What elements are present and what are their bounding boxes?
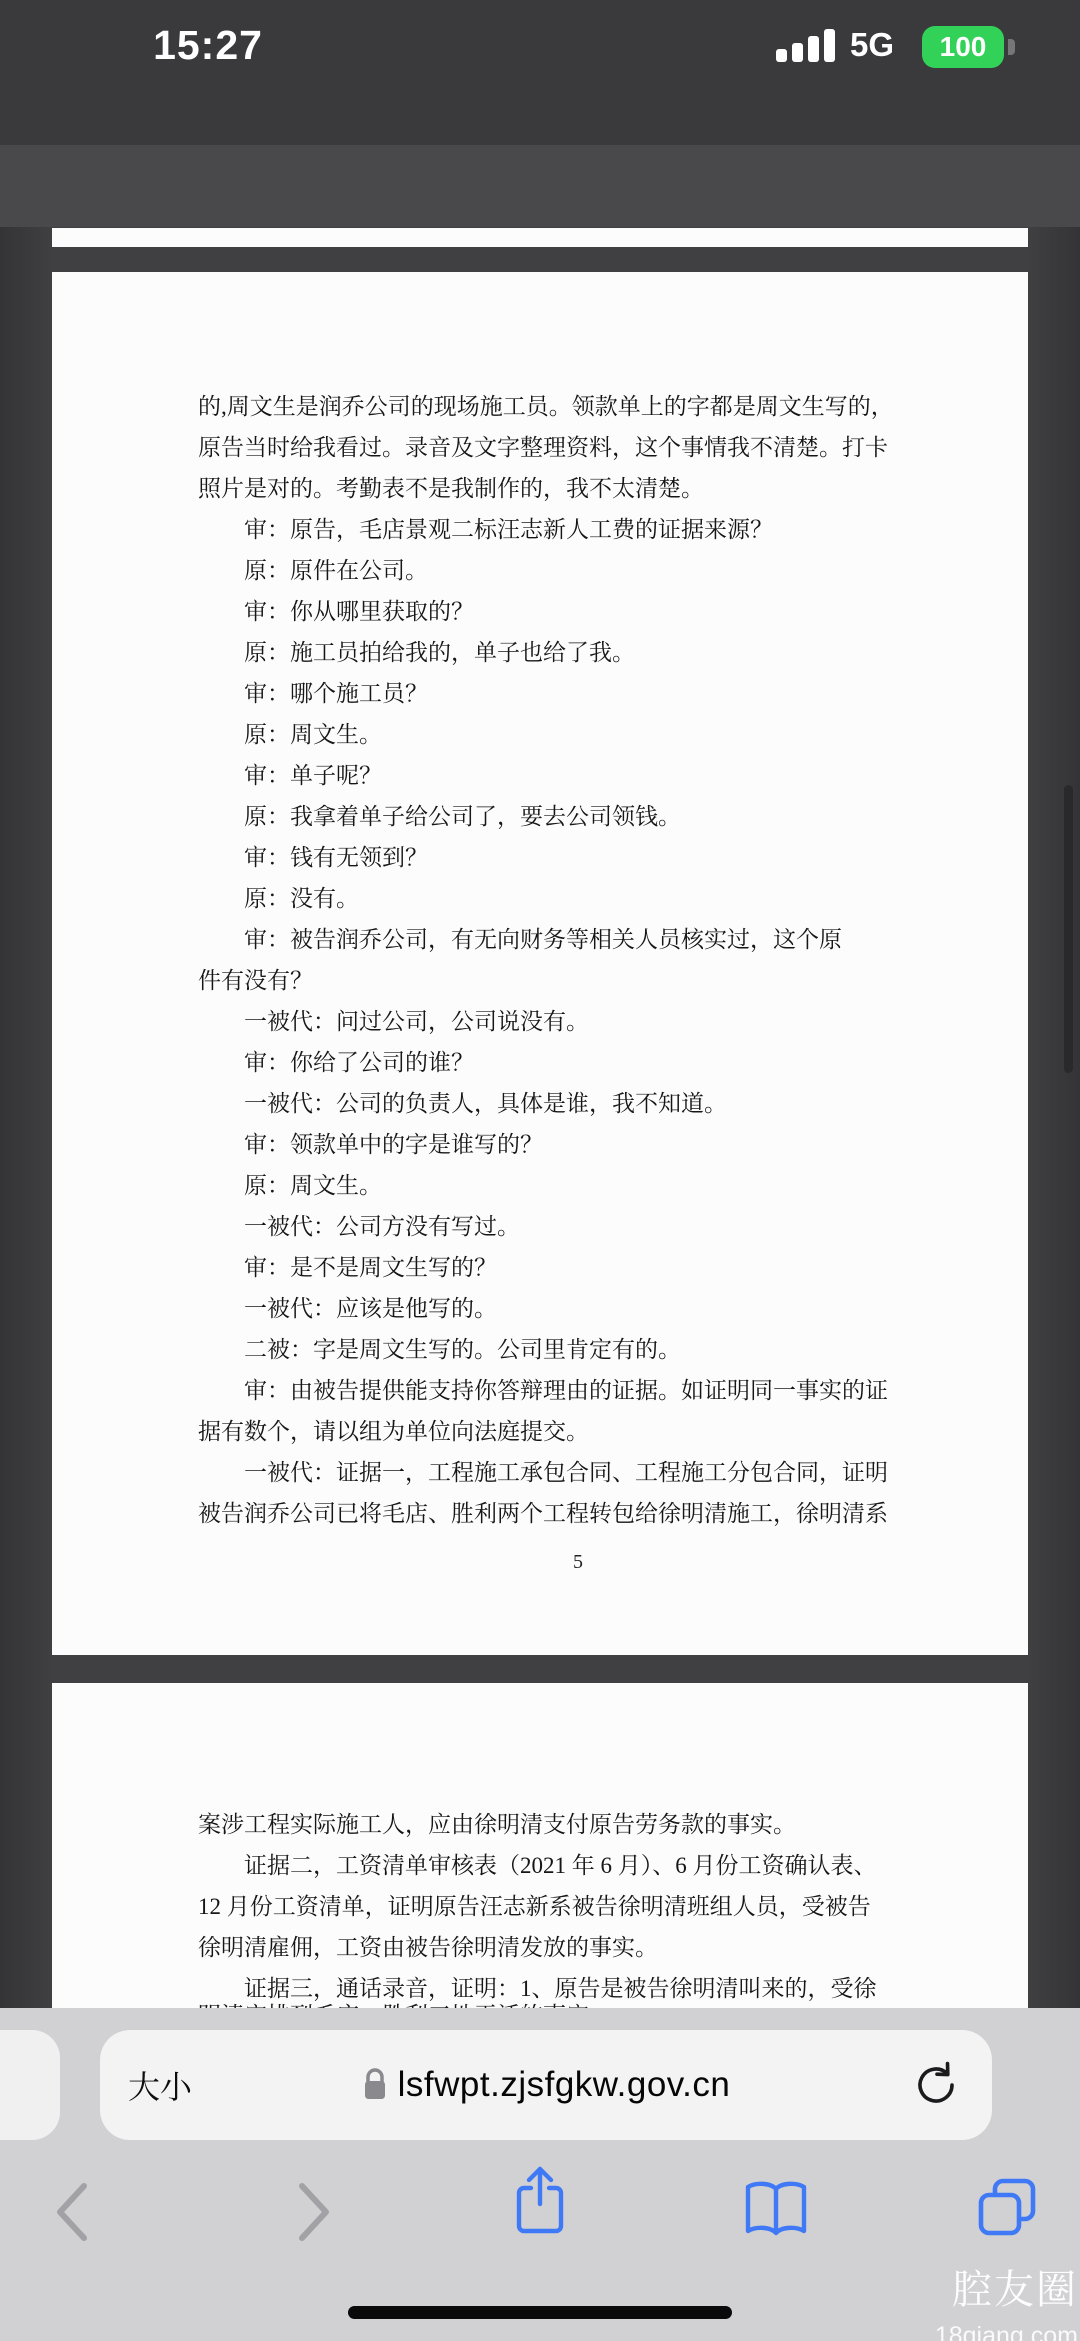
status-bar: 15:27 5G 100 — [0, 0, 1080, 145]
text-line: 审：你给了公司的谁？ — [198, 1042, 958, 1083]
text-line: 原：周文生。 — [198, 714, 958, 755]
share-icon[interactable] — [514, 2164, 566, 2238]
text-line: 原：我拿着单子给公司了，要去公司领钱。 — [198, 796, 958, 837]
back-icon[interactable] — [52, 2180, 92, 2244]
page-number: 5 — [198, 1551, 958, 1574]
forward-icon[interactable] — [294, 2180, 334, 2244]
text-line: 照片是对的。考勤表不是我制作的，我不太清楚。 — [198, 468, 958, 509]
text-line: 一被代：公司方没有写过。 — [198, 1206, 958, 1247]
text-line: 审：你从哪里获取的？ — [198, 591, 958, 632]
text-line: 原告当时给我看过。录音及文字整理资料，这个事情我不清楚。打卡 — [198, 427, 958, 468]
page-6-text: 案涉工程实际施工人，应由徐明清支付原告劳务款的事实。证据二，工资清单审核表（20… — [198, 1804, 958, 2008]
text-line: 原：原件在公司。 — [198, 550, 958, 591]
text-line: 一被代：应该是他写的。 — [198, 1288, 958, 1329]
pdf-page-5: 的,周文生是润乔公司的现场施工员。领款单上的字都是周文生写的，原告当时给我看过。… — [52, 272, 1028, 1655]
text-line: 被告润乔公司已将毛店、胜利两个工程转包给徐明清施工，徐明清系 — [198, 1493, 958, 1534]
cellular-signal-icon — [776, 28, 838, 62]
scroll-indicator[interactable] — [1064, 785, 1073, 1073]
tabs-icon[interactable] — [976, 2176, 1038, 2238]
text-line: 一被代：公司的负责人，具体是谁，我不知道。 — [198, 1083, 958, 1124]
text-line: 审：哪个施工员？ — [198, 673, 958, 714]
text-line: 审：原告，毛店景观二标汪志新人工费的证据来源？ — [198, 509, 958, 550]
text-line: 审：钱有无领到？ — [198, 837, 958, 878]
pdf-viewport[interactable]: 的,周文生是润乔公司的现场施工员。领款单上的字都是周文生写的，原告当时给我看过。… — [0, 227, 1080, 2008]
battery-nub — [1008, 39, 1015, 55]
url-text: lsfwpt.zjsfgkw.gov.cn — [398, 2065, 731, 2105]
text-line: 原：施工员拍给我的，单子也给了我。 — [198, 632, 958, 673]
text-line: 审：由被告提供能支持你答辩理由的证据。如证明同一事实的证 — [198, 1370, 958, 1411]
browser-bottom-bar: 大小 lsfwpt.zjsfgkw.gov.cn — [0, 2008, 1080, 2341]
pdf-page-6: 案涉工程实际施工人，应由徐明清支付原告劳务款的事实。证据二，工资清单审核表（20… — [52, 1683, 1028, 2008]
text-line: 证据二，工资清单审核表（2021 年 6 月）、6 月份工资确认表、 — [198, 1845, 958, 1886]
lock-icon — [362, 2067, 388, 2103]
text-line: 审：领款单中的字是谁写的？ — [198, 1124, 958, 1165]
text-line: 一被代：证据一，工程施工承包合同、工程施工分包合同，证明 — [198, 1452, 958, 1493]
text-line: 审：单子呢？ — [198, 755, 958, 796]
clock: 15:27 — [138, 22, 278, 69]
text-line: 审：是不是周文生写的？ — [198, 1247, 958, 1288]
reload-icon[interactable] — [912, 2060, 962, 2110]
previous-tab-pill[interactable] — [0, 2030, 60, 2140]
watermark-site: 18qiang.com — [935, 2324, 1078, 2341]
text-line: 据有数个，请以组为单位向法庭提交。 — [198, 1411, 958, 1452]
text-line: 原：周文生。 — [198, 1165, 958, 1206]
url-bar[interactable]: 大小 lsfwpt.zjsfgkw.gov.cn — [100, 2030, 992, 2140]
watermark-title: 腔友圈 — [935, 2270, 1078, 2310]
text-line: 二被：字是周文生写的。公司里肯定有的。 — [198, 1329, 958, 1370]
text-line: 审：被告润乔公司，有无向财务等相关人员核实过，这个原 — [198, 919, 958, 960]
battery-icon: 100 — [922, 26, 1004, 68]
text-line: 12 月份工资清单，证明原告汪志新系被告徐明清班组人员，受被告 — [198, 1886, 958, 1927]
bookmarks-icon[interactable] — [742, 2178, 810, 2240]
home-indicator[interactable] — [348, 2306, 732, 2319]
text-line: 一被代：问过公司，公司说没有。 — [198, 1001, 958, 1042]
text-line: 件有没有？ — [198, 960, 958, 1001]
text-line: 徐明清雇佣，工资由被告徐明清发放的事实。 — [198, 1927, 958, 1968]
network-type-label: 5G — [850, 26, 894, 64]
page-5-text: 的,周文生是润乔公司的现场施工员。领款单上的字都是周文生写的，原告当时给我看过。… — [198, 386, 958, 1534]
text-line: 原：没有。 — [198, 878, 958, 919]
collapsed-browser-chrome[interactable] — [0, 145, 1080, 229]
text-line: 案涉工程实际施工人，应由徐明清支付原告劳务款的事实。 — [198, 1804, 958, 1845]
text-line: 的,周文生是润乔公司的现场施工员。领款单上的字都是周文生写的， — [198, 386, 958, 427]
watermark: 腔友圈 18qiang.com — [935, 2270, 1078, 2341]
page-4-bottom-edge — [52, 228, 1028, 247]
